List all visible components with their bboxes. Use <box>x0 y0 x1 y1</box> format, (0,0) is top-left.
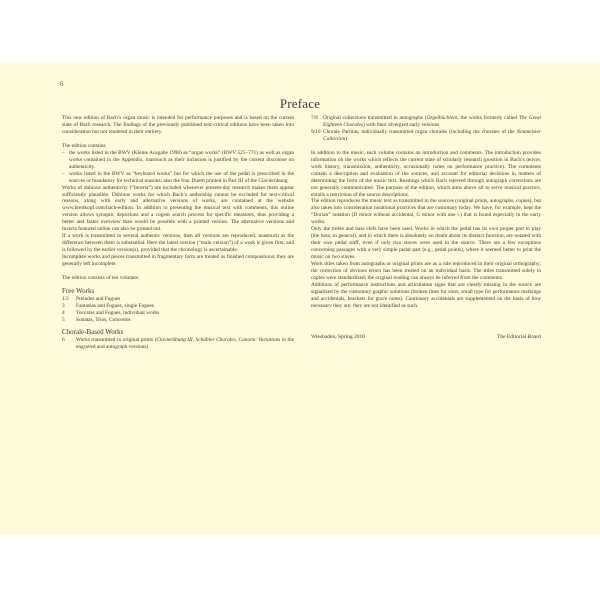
volume-item: 9/10 Chorale Partitas, individually tran… <box>311 129 541 143</box>
dash-bullet: – <box>62 171 69 185</box>
titles-paragraph: Work titles taken from autographs or ori… <box>311 261 541 282</box>
additions-paragraph: Additions of performance instructions an… <box>311 282 541 310</box>
page-number: 6 <box>60 80 64 88</box>
contains-item: – the works listed in the BWV (Kleine Au… <box>62 150 294 171</box>
volume-item: 3Fantasias and Fugues, single Fugues <box>62 303 294 310</box>
introduction-paragraph: In addition to the music, each volume co… <box>311 150 541 199</box>
contains-item: – works listed in the BWV as “keyboard w… <box>62 171 294 185</box>
dash-bullet: – <box>62 150 69 171</box>
volume-item: 7/8 Original collections transmitted in … <box>311 115 541 129</box>
music-text-paragraph: The edition reproduces the music text as… <box>311 198 541 226</box>
left-column: This new edition of Bach’s organ music i… <box>62 115 294 351</box>
signature-place-date: Wiesbaden, Spring 2010 <box>311 334 365 341</box>
intro-paragraph: This new edition of Bach’s organ music i… <box>62 115 294 136</box>
versions-paragraph: If a work is transmitted in several auth… <box>62 233 294 254</box>
right-column: 7/8 Original collections transmitted in … <box>311 115 541 341</box>
volume-item: 1/2Preludes and Fugues <box>62 296 294 303</box>
incerta-paragraph: Works of dubious authenticity (“Incerta”… <box>62 185 294 234</box>
volume-item: 6 Works transmitted in original prints (… <box>62 337 294 351</box>
volumes-label: The edition consists of ten volumes: <box>62 275 294 282</box>
contains-label: The edition contains <box>62 143 294 150</box>
free-works-heading: Free Works <box>62 287 294 296</box>
volume-item: 5Sonatas, Trios, Concertos <box>62 317 294 324</box>
signature-author: The Editorial Board <box>497 334 541 341</box>
page-title: Preface <box>0 96 600 112</box>
chorale-works-heading: Chorale-Based Works <box>62 328 294 337</box>
signature: Wiesbaden, Spring 2010 The Editorial Boa… <box>311 334 541 341</box>
clefs-paragraph: Only the treble and bass clefs have been… <box>311 226 541 261</box>
document-page: 6 Preface This new edition of Bach’s org… <box>0 63 600 535</box>
volume-item: 4Toccatas and Fugues, individual works <box>62 310 294 317</box>
incomplete-paragraph: Incomplete works and pieces transmitted … <box>62 254 294 268</box>
